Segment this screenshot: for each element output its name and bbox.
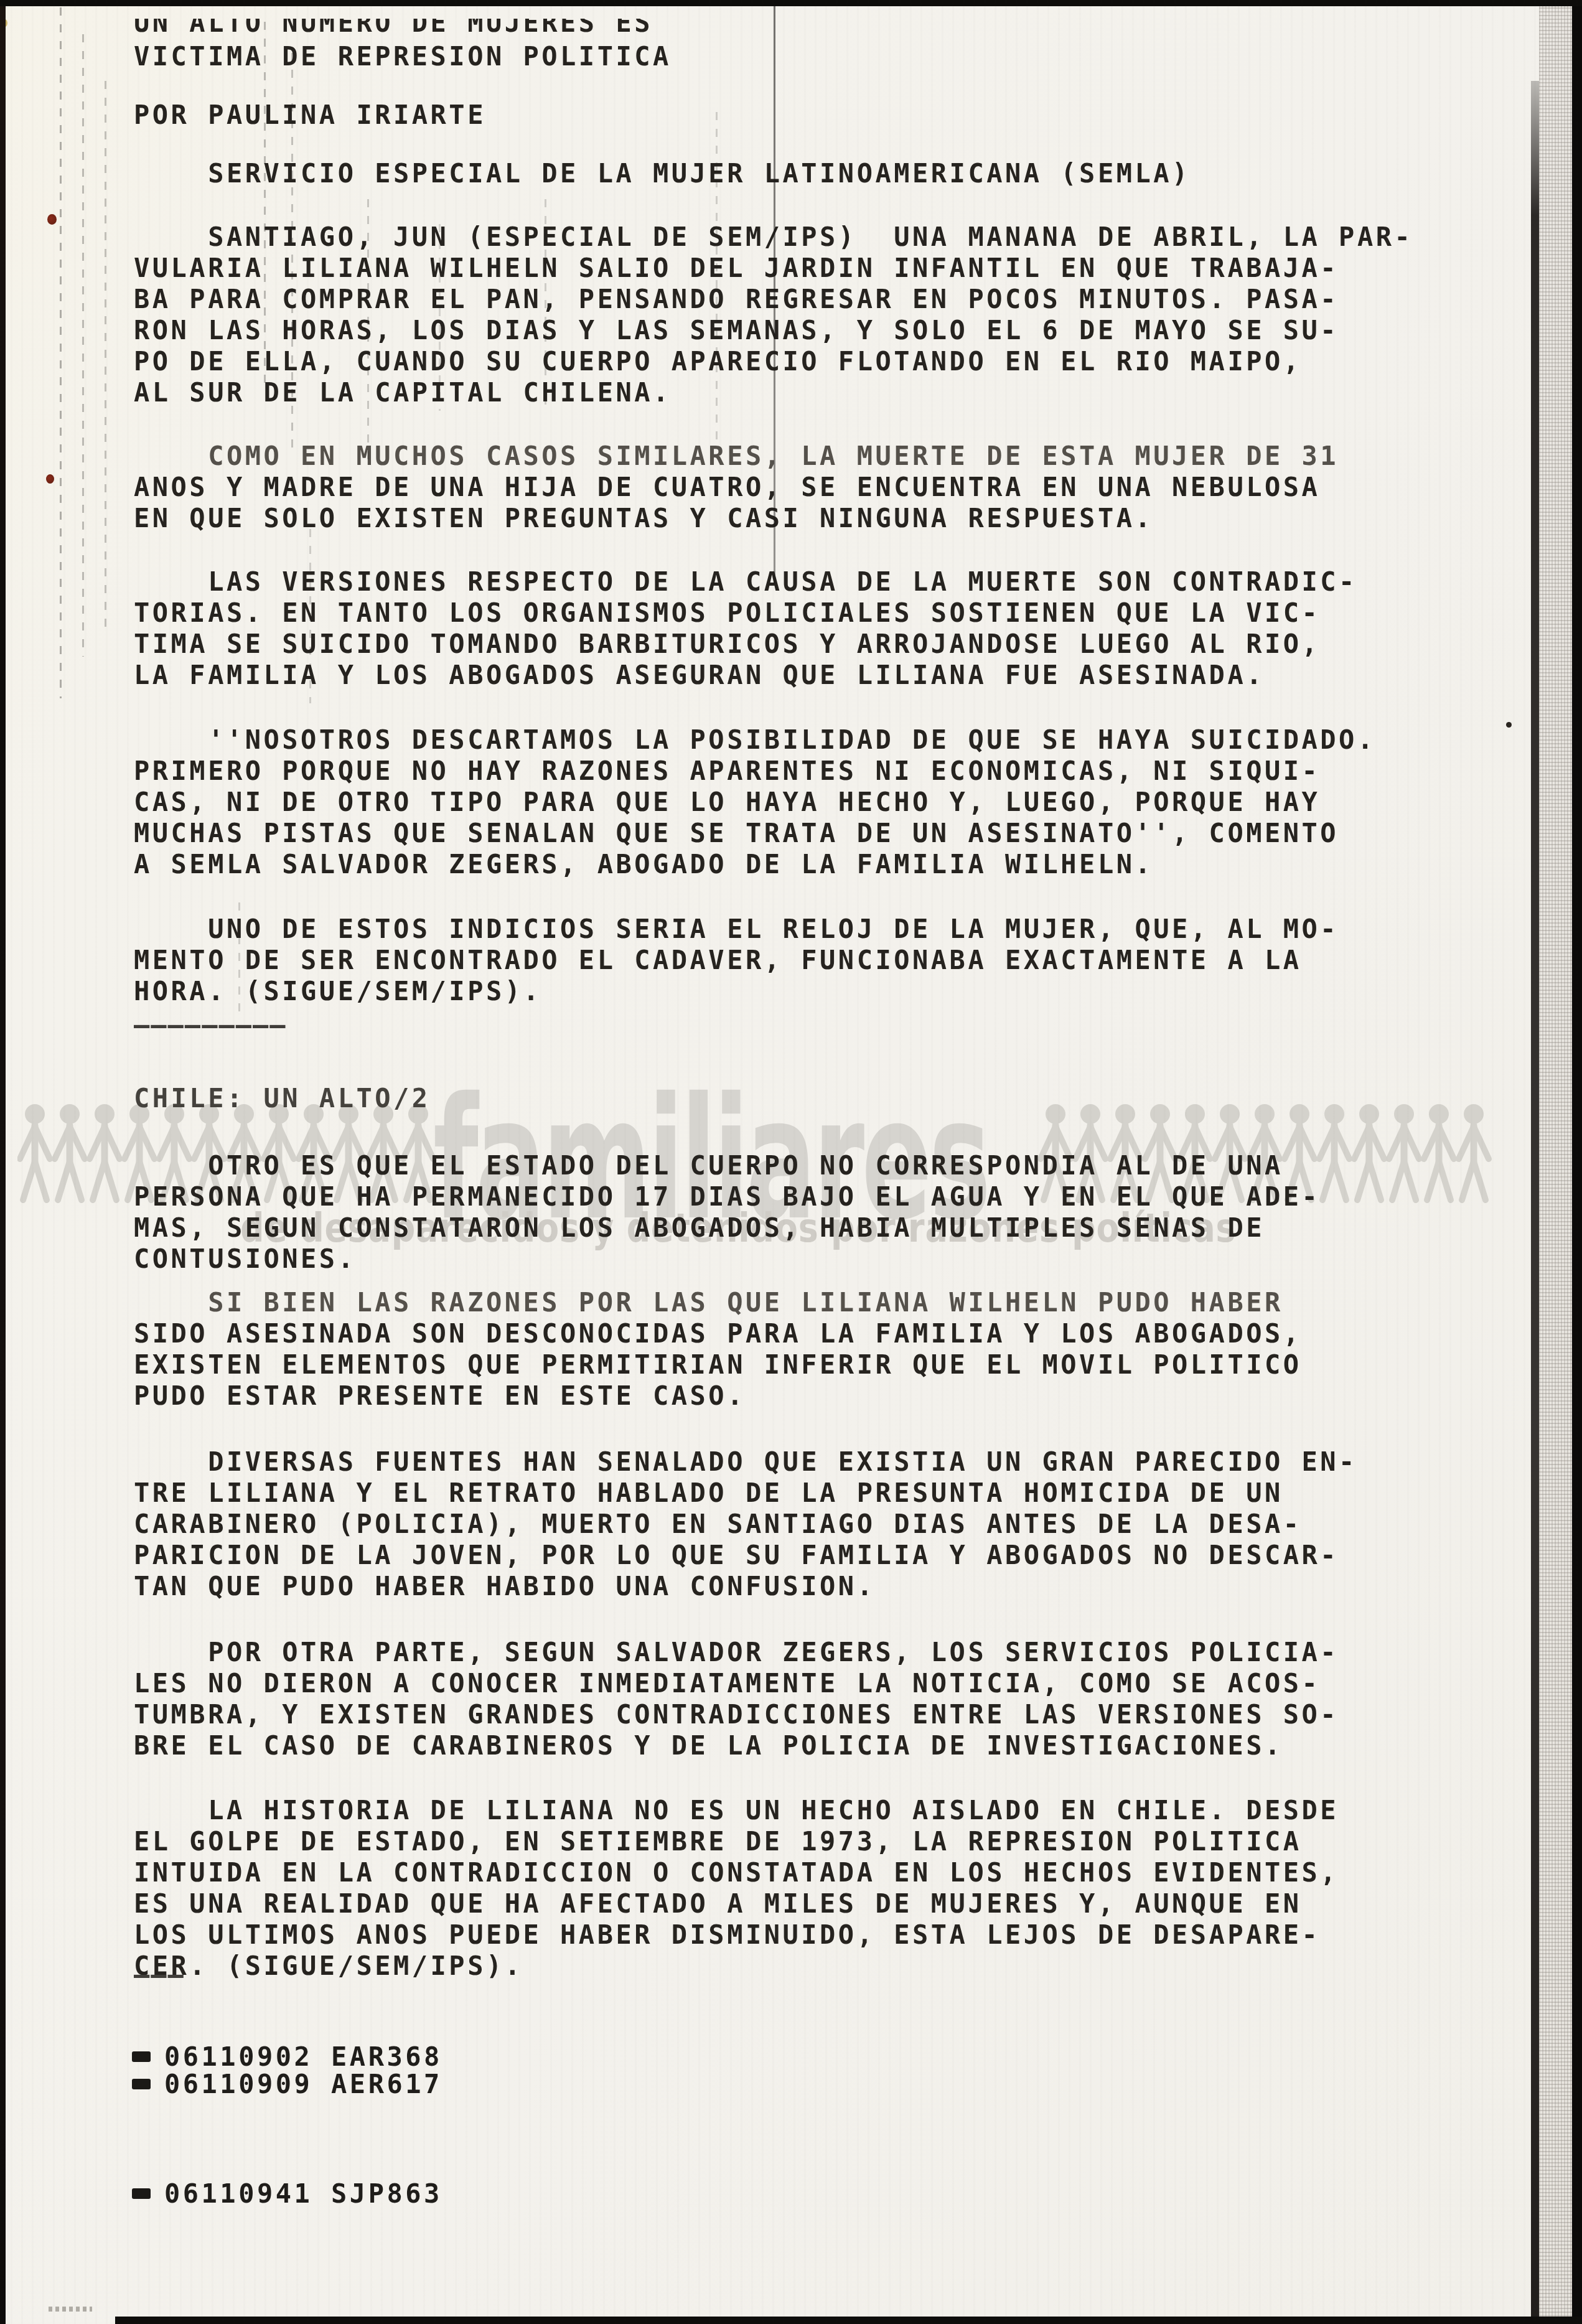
typed-line: LES NO DIERON A CONOCER INMEDIATAMENTE L… xyxy=(134,1668,1339,1699)
scan-streak xyxy=(439,224,441,411)
byline: POR PAULINA IRIARTE xyxy=(134,100,486,131)
typed-line: UNO DE ESTOS INDICIOS SERIA EL RELOJ DE … xyxy=(134,914,1339,945)
typed-line: EN QUE SOLO EXISTEN PREGUNTAS Y CASI NIN… xyxy=(134,503,1339,534)
typed-line: CAS, NI DE OTRO TIPO PARA QUE LO HAYA HE… xyxy=(134,787,1376,818)
typed-line: CONTUSIONES. xyxy=(134,1244,1320,1275)
typed-line: VICTIMA DE REPRESION POLITICA xyxy=(134,41,672,72)
typed-line: POR OTRA PARTE, SEGUN SALVADOR ZEGERS, L… xyxy=(134,1637,1339,1668)
typed-line: TORIAS. EN TANTO LOS ORGANISMOS POLICIAL… xyxy=(134,597,1357,629)
typed-line: BRE EL CASO DE CARABINEROS Y DE LA POLIC… xyxy=(134,1730,1339,1761)
wire-code: 06110902 EAR368 xyxy=(164,2041,442,2072)
typed-line: SIDO ASESINADA SON DESCONOCIDAS PARA LA … xyxy=(134,1318,1302,1349)
scan-noise-band xyxy=(1539,0,1572,2324)
paragraph-10: LA HISTORIA DE LILIANA NO ES UN HECHO AI… xyxy=(134,1795,1339,1982)
typed-line: HORA. (SIGUE/SEM/IPS). xyxy=(134,976,1339,1007)
wire-code-row: 06110941 SJP863 xyxy=(132,2178,442,2209)
scan-streak xyxy=(238,902,240,1014)
typed-line: ––– xyxy=(134,1959,185,1990)
typed-line: COMO EN MUCHOS CASOS SIMILARES, LA MUERT… xyxy=(134,441,1339,472)
scan-streak xyxy=(82,34,84,657)
wire-code: 06110909 AER617 xyxy=(164,2069,442,2099)
paragraph-2: COMO EN MUCHOS CASOS SIMILARES, LA MUERT… xyxy=(134,441,1339,534)
typed-line: LAS VERSIONES RESPECTO DE LA CAUSA DE LA… xyxy=(134,566,1357,597)
scan-streak xyxy=(60,7,62,698)
page-slug: CHILE: UN ALTO/2 xyxy=(134,1083,431,1114)
typed-line: TUMBRA, Y EXISTEN GRANDES CONTRADICCIONE… xyxy=(134,1699,1339,1730)
headline: VICTIMA DE REPRESION POLITICA xyxy=(134,41,672,72)
scan-streak xyxy=(367,199,369,467)
typed-line: ANOS Y MADRE DE UNA HIJA DE CUATRO, SE E… xyxy=(134,472,1339,503)
typed-line: PUDO ESTAR PRESENTE EN ESTE CASO. xyxy=(134,1380,1302,1412)
typed-line: CER. (SIGUE/SEM/IPS). xyxy=(134,1951,1339,1982)
wire-code-row: 06110909 AER617 xyxy=(132,2069,442,2099)
wire-code: 06110941 SJP863 xyxy=(164,2178,442,2209)
typed-line: MAS, SEGUN CONSTATARON LOS ABOGADOS, HAB… xyxy=(134,1212,1320,1244)
scan-streak xyxy=(105,81,106,629)
paragraph-7: SI BIEN LAS RAZONES POR LAS QUE LILIANA … xyxy=(134,1287,1302,1412)
typed-line: SI BIEN LAS RAZONES POR LAS QUE LILIANA … xyxy=(134,1287,1302,1318)
paragraph-4: ''NOSOTROS DESCARTAMOS LA POSIBILIDAD DE… xyxy=(134,724,1376,880)
typed-line: TIMA SE SUICIDO TOMANDO BARBITURICOS Y A… xyxy=(134,629,1357,660)
typed-line: CARABINERO (POLICIA), MUERTO EN SANTIAGO… xyxy=(134,1509,1357,1540)
dash-rule-short: ––– xyxy=(134,1959,185,1990)
typed-line: MUCHAS PISTAS QUE SENALAN QUE SE TRATA D… xyxy=(134,818,1376,849)
scan-streak xyxy=(309,529,311,703)
typed-line: A SEMLA SALVADOR ZEGERS, ABOGADO DE LA F… xyxy=(134,849,1376,880)
scan-edge-right xyxy=(1572,0,1582,2324)
typed-line: LA HISTORIA DE LILIANA NO ES UN HECHO AI… xyxy=(134,1795,1339,1826)
typed-line: ES UNA REALIDAD QUE HA AFECTADO A MILES … xyxy=(134,1888,1339,1919)
typed-line: ––––––––– xyxy=(134,1010,287,1041)
ink-stain-dot xyxy=(46,474,54,484)
scan-streak xyxy=(264,22,266,389)
typed-line: LOS ULTIMOS ANOS PUEDE HABER DISMINUIDO,… xyxy=(134,1919,1339,1951)
paragraph-9: POR OTRA PARTE, SEGUN SALVADOR ZEGERS, L… xyxy=(134,1637,1339,1761)
typed-line: EXISTEN ELEMENTOS QUE PERMITIRIAN INFERI… xyxy=(134,1349,1302,1380)
code-bullet-icon xyxy=(132,2188,151,2199)
typed-line: DIVERSAS FUENTES HAN SENALADO QUE EXISTI… xyxy=(134,1446,1357,1478)
typed-line: OTRO ES QUE EL ESTADO DEL CUERPO NO CORR… xyxy=(134,1150,1320,1181)
typed-line: LA FAMILIA Y LOS ABOGADOS ASEGURAN QUE L… xyxy=(134,660,1357,691)
scan-edge-left xyxy=(0,0,6,2324)
typed-line: UN ALTO NUMERO DE MUJERES ES xyxy=(134,19,653,37)
paragraph-3: LAS VERSIONES RESPECTO DE LA CAUSA DE LA… xyxy=(134,566,1357,691)
scan-streak xyxy=(774,5,775,584)
scan-streak xyxy=(291,53,293,451)
ink-stain-dot xyxy=(47,214,57,225)
typed-line: ''NOSOTROS DESCARTAMOS LA POSIBILIDAD DE… xyxy=(134,724,1376,756)
code-bullet-icon xyxy=(132,2079,151,2089)
scan-fold-line xyxy=(1531,81,1539,2324)
paragraph-6: OTRO ES QUE EL ESTADO DEL CUERPO NO CORR… xyxy=(134,1150,1320,1275)
typed-line: TAN QUE PUDO HABER HABIDO UNA CONFUSION. xyxy=(134,1571,1357,1602)
paragraph-8: DIVERSAS FUENTES HAN SENALADO QUE EXISTI… xyxy=(134,1446,1357,1602)
paragraph-5: UNO DE ESTOS INDICIOS SERIA EL RELOJ DE … xyxy=(134,914,1339,1007)
typed-line: POR PAULINA IRIARTE xyxy=(134,100,486,131)
scan-edge-bottom xyxy=(115,2317,1582,2324)
scan-streak xyxy=(716,112,718,448)
typed-line: PARICION DE LA JOVEN, POR LO QUE SU FAMI… xyxy=(134,1540,1357,1571)
speck xyxy=(1506,722,1512,728)
scanned-document-page: familiares de desaparecidos y detenidos … xyxy=(0,0,1582,2324)
code-bullet-icon xyxy=(132,2051,151,2062)
headline-top-cut: UN ALTO NUMERO DE MUJERES ES xyxy=(134,19,653,37)
typed-line: PERSONA QUE HA PERMANECIDO 17 DIAS BAJO … xyxy=(134,1181,1320,1212)
wire-code-row: 06110902 EAR368 xyxy=(132,2041,442,2072)
typed-line: PRIMERO PORQUE NO HAY RAZONES APARENTES … xyxy=(134,756,1376,787)
typed-line: INTUIDA EN LA CONTRADICCION O CONSTATADA… xyxy=(134,1857,1339,1888)
dash-rule-long: ––––––––– xyxy=(134,1010,287,1041)
typed-line: CHILE: UN ALTO/2 xyxy=(134,1083,431,1114)
scan-scribble xyxy=(49,2307,92,2312)
typed-line: EL GOLPE DE ESTADO, EN SETIEMBRE DE 1973… xyxy=(134,1826,1339,1857)
scan-streak xyxy=(545,199,546,405)
typed-line: MENTO DE SER ENCONTRADO EL CADAVER, FUNC… xyxy=(134,945,1339,976)
typed-line: TRE LILIANA Y EL RETRATO HABLADO DE LA P… xyxy=(134,1478,1357,1509)
scan-edge-top xyxy=(0,0,1582,6)
